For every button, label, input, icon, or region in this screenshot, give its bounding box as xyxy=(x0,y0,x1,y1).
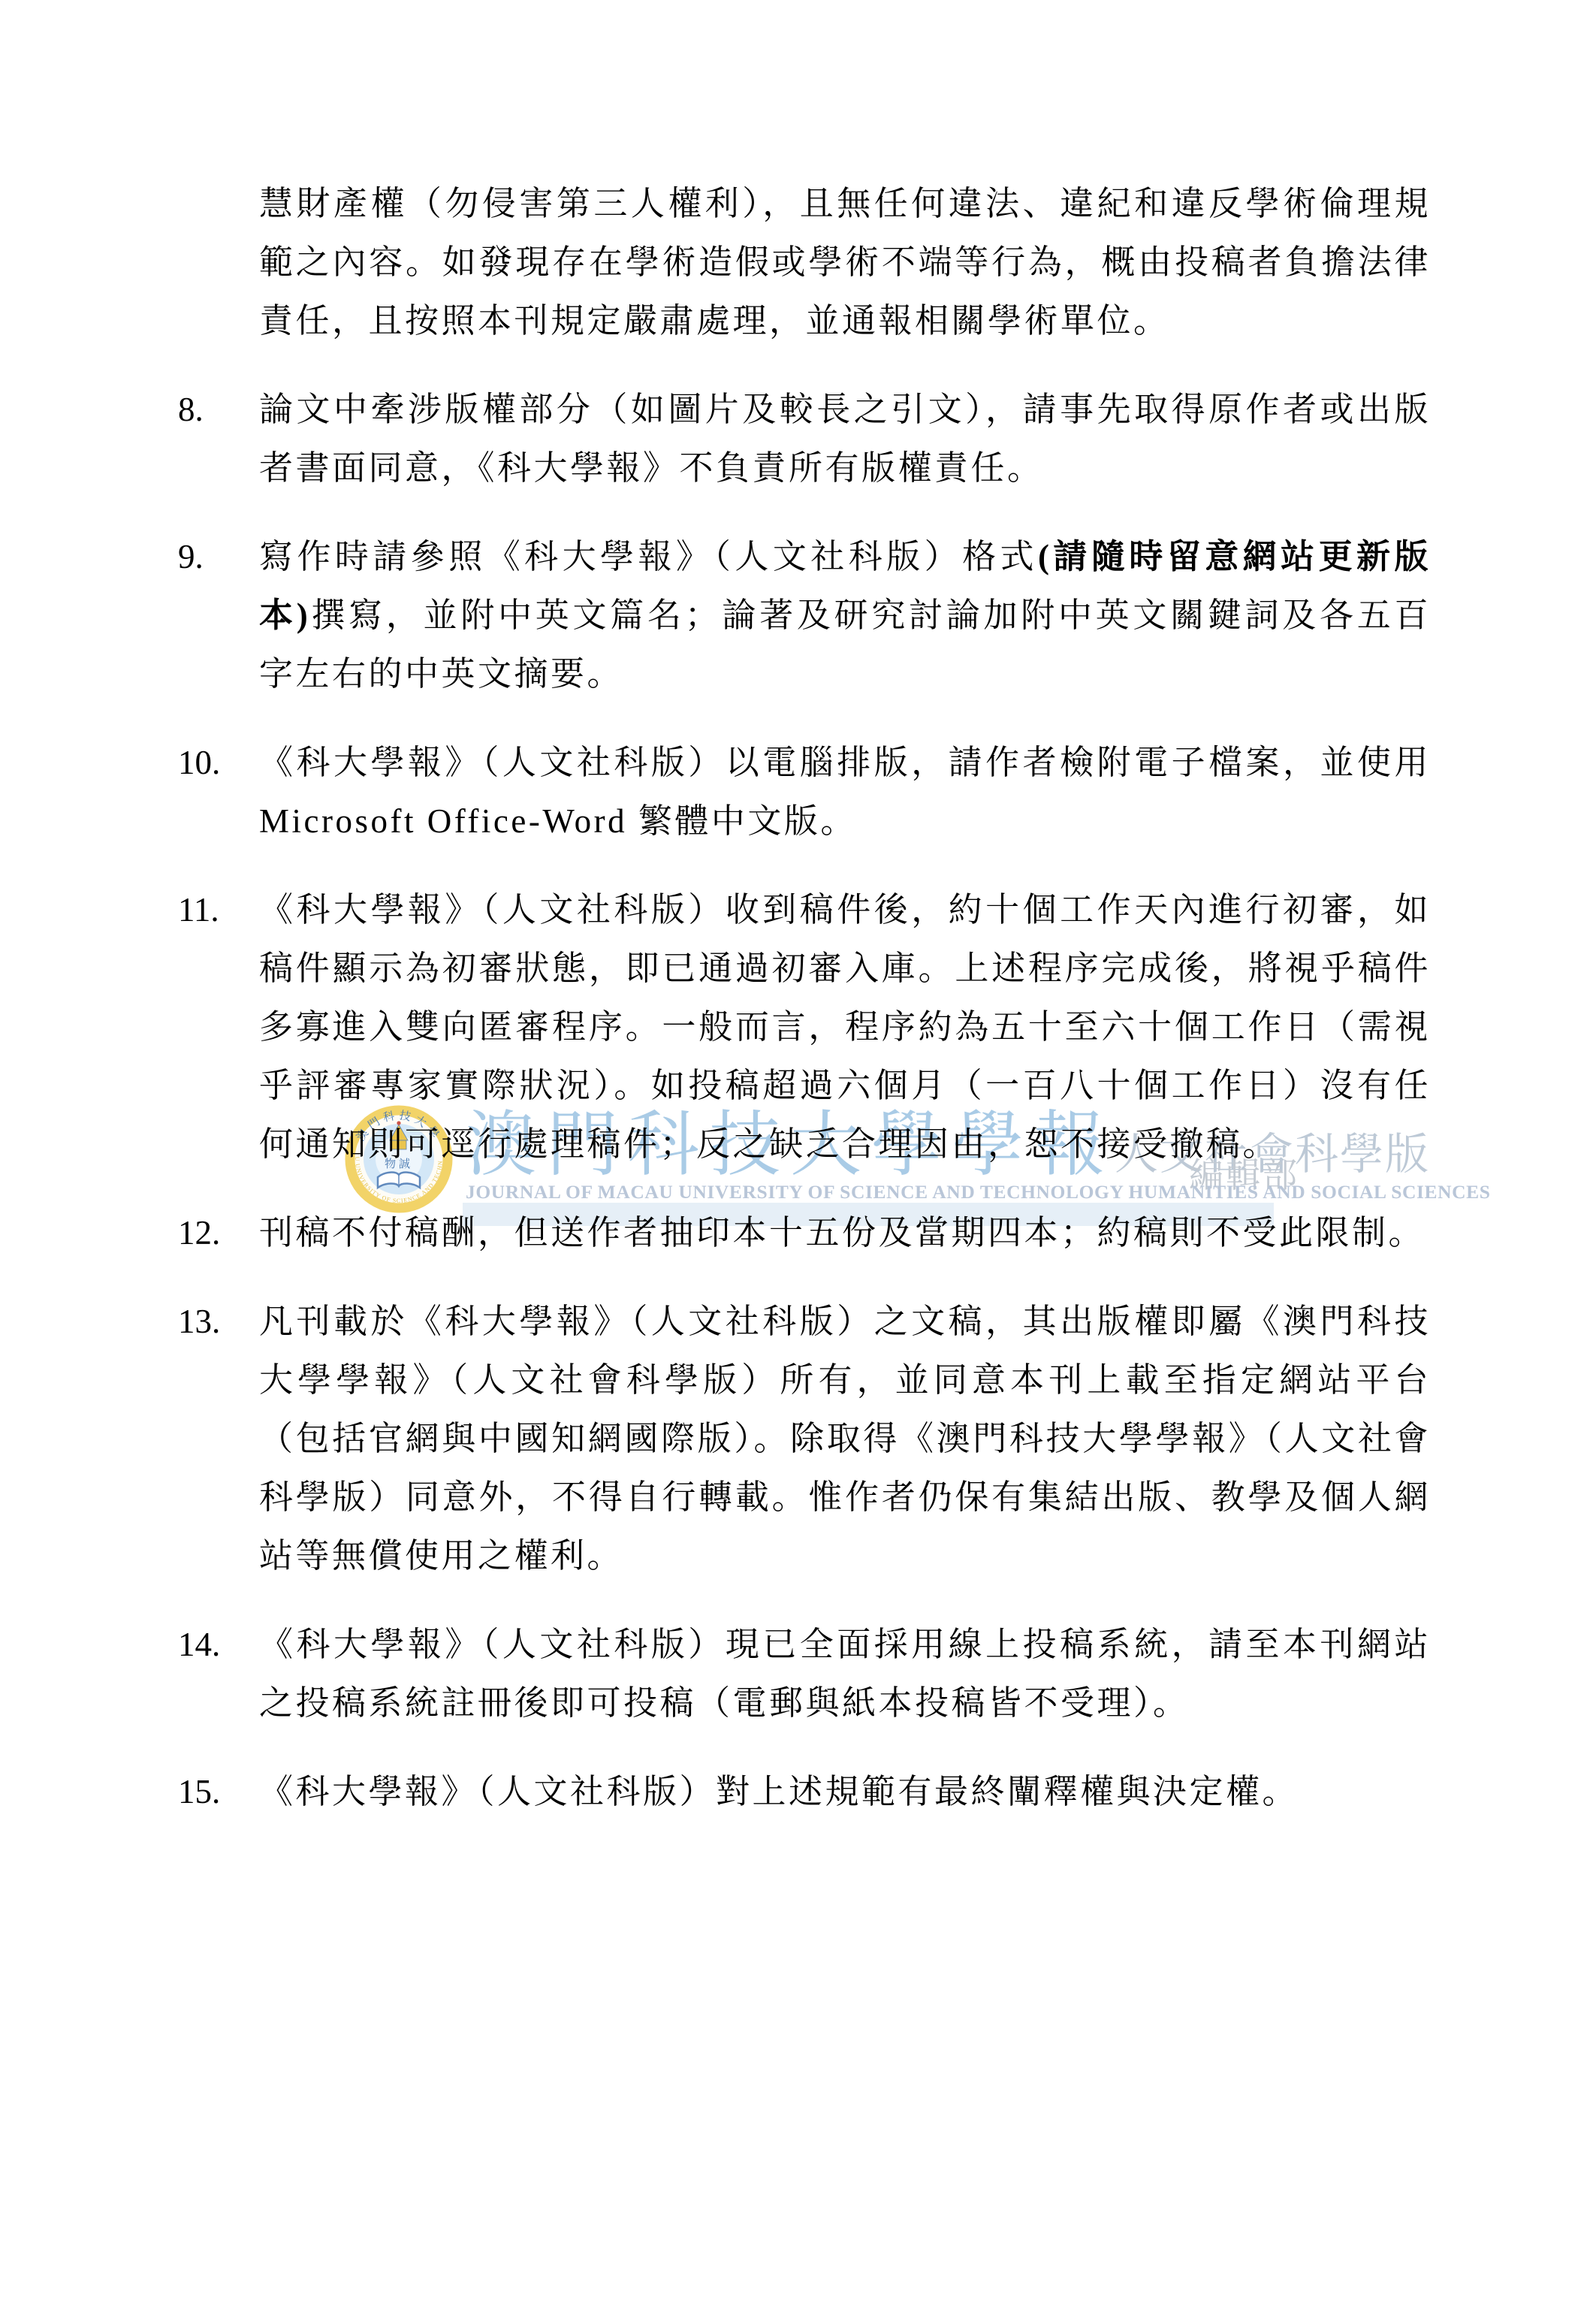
list-item: 10. 《科大學報》（人文社科版）以電腦排版，請作者檢附電子檔案，並使用 Mic… xyxy=(178,733,1431,850)
text-segment: 《科大學報》（人文社科版）以電腦排版，請作者檢附電子檔案，並使用 Microso… xyxy=(259,744,1431,840)
text-segment: 寫作時請參照《科大學報》（人文社科版）格式 xyxy=(259,538,1038,575)
item-number: 15. xyxy=(178,1762,259,1821)
item-text: 《科大學報》（人文社科版）以電腦排版，請作者檢附電子檔案，並使用 Microso… xyxy=(259,733,1431,850)
list-item: 11. 《科大學報》（人文社科版）收到稿件後，約十個工作天內進行初審，如稿件顯示… xyxy=(178,880,1431,1173)
guidelines-list: 8. 論文中牽涉版權部分（如圖片及較長之引文），請事先取得原作者或出版者書面同意… xyxy=(178,380,1431,1821)
item-text: 論文中牽涉版權部分（如圖片及較長之引文），請事先取得原作者或出版者書面同意，《科… xyxy=(259,380,1431,497)
item-number: 14. xyxy=(178,1615,259,1732)
item-number: 8. xyxy=(178,380,259,497)
text-segment: 《科大學報》（人文社科版）對上述規範有最終闡釋權與決定權。 xyxy=(259,1773,1299,1810)
document-page: 澳門科技大學 MACAU UNIVERSITY OF SCIENCE AND T… xyxy=(0,0,1596,2307)
text-segment: 慧財產權（勿侵害第三人權利），且無任何違法、違紀和違反學術倫理規範之內容。如發現… xyxy=(259,185,1431,340)
item-text: 《科大學報》（人文社科版）收到稿件後，約十個工作天內進行初審，如稿件顯示為初審狀… xyxy=(259,880,1431,1173)
list-item: 15. 《科大學報》（人文社科版）對上述規範有最終闡釋權與決定權。 xyxy=(178,1762,1431,1821)
text-segment: 《科大學報》（人文社科版）收到稿件後，約十個工作天內進行初審，如稿件顯示為初審狀… xyxy=(259,891,1431,1163)
item-text: 刊稿不付稿酬，但送作者抽印本十五份及當期四本；約稿則不受此限制。 xyxy=(259,1203,1431,1262)
item-number: 13. xyxy=(178,1292,259,1585)
list-item: 13. 凡刊載於《科大學報》（人文社科版）之文稿，其出版權即屬《澳門科技大學學報… xyxy=(178,1292,1431,1585)
paragraph-continuation: 慧財產權（勿侵害第三人權利），且無任何違法、違紀和違反學術倫理規範之內容。如發現… xyxy=(259,174,1431,350)
text-segment: 論文中牽涉版權部分（如圖片及較長之引文），請事先取得原作者或出版者書面同意，《科… xyxy=(259,391,1431,487)
list-item: 14. 《科大學報》（人文社科版）現已全面採用線上投稿系統，請至本刊網站之投稿系… xyxy=(178,1615,1431,1732)
item-number: 12. xyxy=(178,1203,259,1262)
item-text: 寫作時請參照《科大學報》（人文社科版）格式(請隨時留意網站更新版本)撰寫，並附中… xyxy=(259,527,1431,703)
item-text: 《科大學報》（人文社科版）現已全面採用線上投稿系統，請至本刊網站之投稿系統註冊後… xyxy=(259,1615,1431,1732)
list-item: 12. 刊稿不付稿酬，但送作者抽印本十五份及當期四本；約稿則不受此限制。 xyxy=(178,1203,1431,1262)
item-number: 11. xyxy=(178,880,259,1173)
page-content: 慧財產權（勿侵害第三人權利），且無任何違法、違紀和違反學術倫理規範之內容。如發現… xyxy=(178,174,1431,1851)
item-text: 《科大學報》（人文社科版）對上述規範有最終闡釋權與決定權。 xyxy=(259,1762,1431,1821)
item-number: 9. xyxy=(178,527,259,703)
text-segment: 凡刊載於《科大學報》（人文社科版）之文稿，其出版權即屬《澳門科技大學學報》（人文… xyxy=(259,1303,1431,1575)
item-text: 凡刊載於《科大學報》（人文社科版）之文稿，其出版權即屬《澳門科技大學學報》（人文… xyxy=(259,1292,1431,1585)
text-segment: 《科大學報》（人文社科版）現已全面採用線上投稿系統，請至本刊網站之投稿系統註冊後… xyxy=(259,1626,1431,1722)
text-segment: 刊稿不付稿酬，但送作者抽印本十五份及當期四本；約稿則不受此限制。 xyxy=(259,1214,1425,1252)
item-number: 10. xyxy=(178,733,259,850)
list-item: 9. 寫作時請參照《科大學報》（人文社科版）格式(請隨時留意網站更新版本)撰寫，… xyxy=(178,527,1431,703)
list-item: 8. 論文中牽涉版權部分（如圖片及較長之引文），請事先取得原作者或出版者書面同意… xyxy=(178,380,1431,497)
text-segment: 撰寫，並附中英文篇名；論著及研究討論加附中英文關鍵詞及各五百字左右的中英文摘要。 xyxy=(259,596,1431,693)
